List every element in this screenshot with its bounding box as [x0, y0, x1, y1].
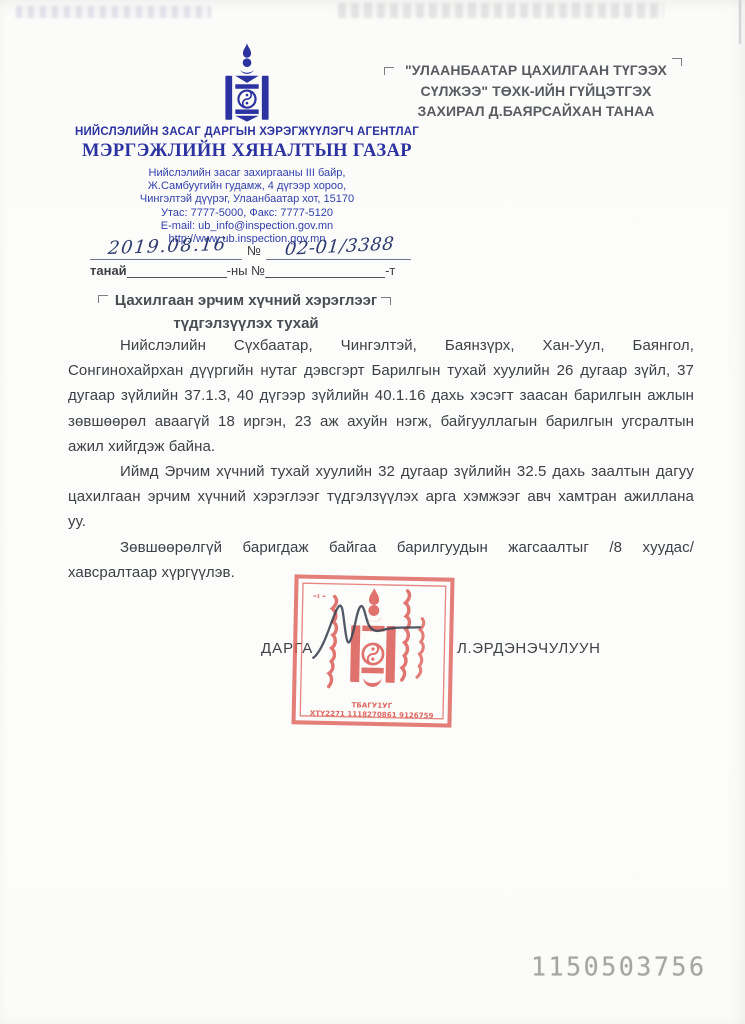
body-line: уу.	[68, 509, 694, 534]
your-number-row: танай -ны № -т	[90, 263, 426, 278]
corner-bracket-right-icon	[381, 297, 391, 305]
agency-name: НИЙСЛЭЛИЙН ЗАСАГ ДАРГЫН ХЭРЭГЖҮҮЛЭГЧ АГЕ…	[58, 126, 436, 139]
body-line: Зөвшөөрөлгүй баригдаж байгаа барилгуудын…	[68, 535, 694, 560]
corner-bracket-left-icon	[98, 295, 108, 303]
date-number-row: 2019.08.16 № 02-01/3388	[90, 232, 426, 260]
soyombo-emblem-icon	[220, 42, 274, 122]
body-line: зөвшөөрөл аваагүй 18 иргэн, 23 аж ахуйн …	[68, 409, 694, 434]
handwritten-number: 02-01/3388	[284, 233, 395, 260]
address-line: Нийслэлийн засаг захиргааны III байр,	[58, 167, 436, 180]
subject-block: Цахилгаан эрчим хүчний хэрэглээг түдгэлз…	[103, 290, 389, 335]
scan-artifact-top-left	[16, 6, 211, 18]
signature-scribble-icon	[306, 594, 427, 668]
document-number-stamp: 1150503756	[531, 951, 707, 981]
blank-field	[127, 263, 227, 278]
subject-line: Цахилгаан эрчим хүчний хэрэглээг	[103, 290, 389, 313]
corner-bracket-left-icon	[384, 67, 394, 75]
your-label: танай	[90, 263, 127, 278]
reference-line: 2019.08.16 № 02-01/3388 танай -ны № -т	[90, 232, 426, 278]
handwritten-date: 2019.08.16	[107, 234, 228, 259]
letter-body: Нийслэлийн Сүхбаатар, Чингэлтэй, Баянзүр…	[68, 333, 694, 585]
scan-artifact-top-right	[338, 3, 664, 18]
date-field: 2019.08.16	[90, 238, 242, 260]
subject-line: түдгэлзүүлэх тухай	[103, 313, 389, 336]
number-field: 02-01/3388	[266, 238, 411, 260]
stamp-text-line2: ХТҮ2271 1118270861 9126759	[310, 709, 434, 721]
scan-edge-line	[739, 0, 741, 44]
body-line: цахилгаан эрчим хүчний хэрэглээг түдгэлз…	[68, 484, 694, 509]
ny-number-label: -ны №	[227, 263, 265, 278]
recipient-line: "УЛААНБААТАР ЦАХИЛГААН ТҮГЭЭХ	[398, 60, 674, 81]
address-line: Утас: 7777-5000, Факс: 7777-5120	[58, 207, 436, 220]
recipient-line: СҮЛЖЭЭ" ТӨХК-ИЙН ГҮЙЦЭТГЭХ	[398, 81, 674, 102]
corner-bracket-right-icon	[672, 58, 682, 66]
t-label: -т	[385, 263, 395, 278]
scanned-letter-page: НИЙСЛЭЛИЙН ЗАСАГ ДАРГЫН ХЭРЭГЖҮҮЛЭГЧ АГЕ…	[0, 0, 745, 1024]
body-line: дугаар зүйлийн 37.1.3, 40 дүгээр зүйлийн…	[68, 383, 694, 408]
address-line: Ж.Самбуугийн гудамж, 4 дүгээр хороо,	[58, 180, 436, 193]
recipient-line: ЗАХИРАЛ Д.БАЯРСАЙХАН ТАНАА	[398, 101, 674, 122]
blank-field	[265, 263, 385, 278]
body-line: Сонгинохайрхан дүүргийн нутаг дэвсгэрт Б…	[68, 358, 694, 383]
recipient-block: "УЛААНБААТАР ЦАХИЛГААН ТҮГЭЭХ СҮЛЖЭЭ" ТӨ…	[398, 60, 674, 122]
body-line: ажил хийгдэж байна.	[68, 434, 694, 459]
signature-name: Л.ЭРДЭНЭЧУЛУУН	[457, 640, 601, 657]
address-line: Чингэлтэй дүүрэг, Улаанбаатар хот, 15170	[58, 193, 436, 206]
body-line: Нийслэлийн Сүхбаатар, Чингэлтэй, Баянзүр…	[68, 333, 694, 358]
letterhead: НИЙСЛЭЛИЙН ЗАСАГ ДАРГЫН ХЭРЭГЖҮҮЛЭГЧ АГЕ…	[58, 42, 436, 246]
body-line: Иймд Эрчим хүчний тухай хуулийн 32 дугаа…	[68, 459, 694, 484]
number-sign: №	[242, 243, 266, 260]
organization-name: МЭРГЭЖЛИЙН ХЯНАЛТЫН ГАЗАР	[58, 140, 436, 162]
